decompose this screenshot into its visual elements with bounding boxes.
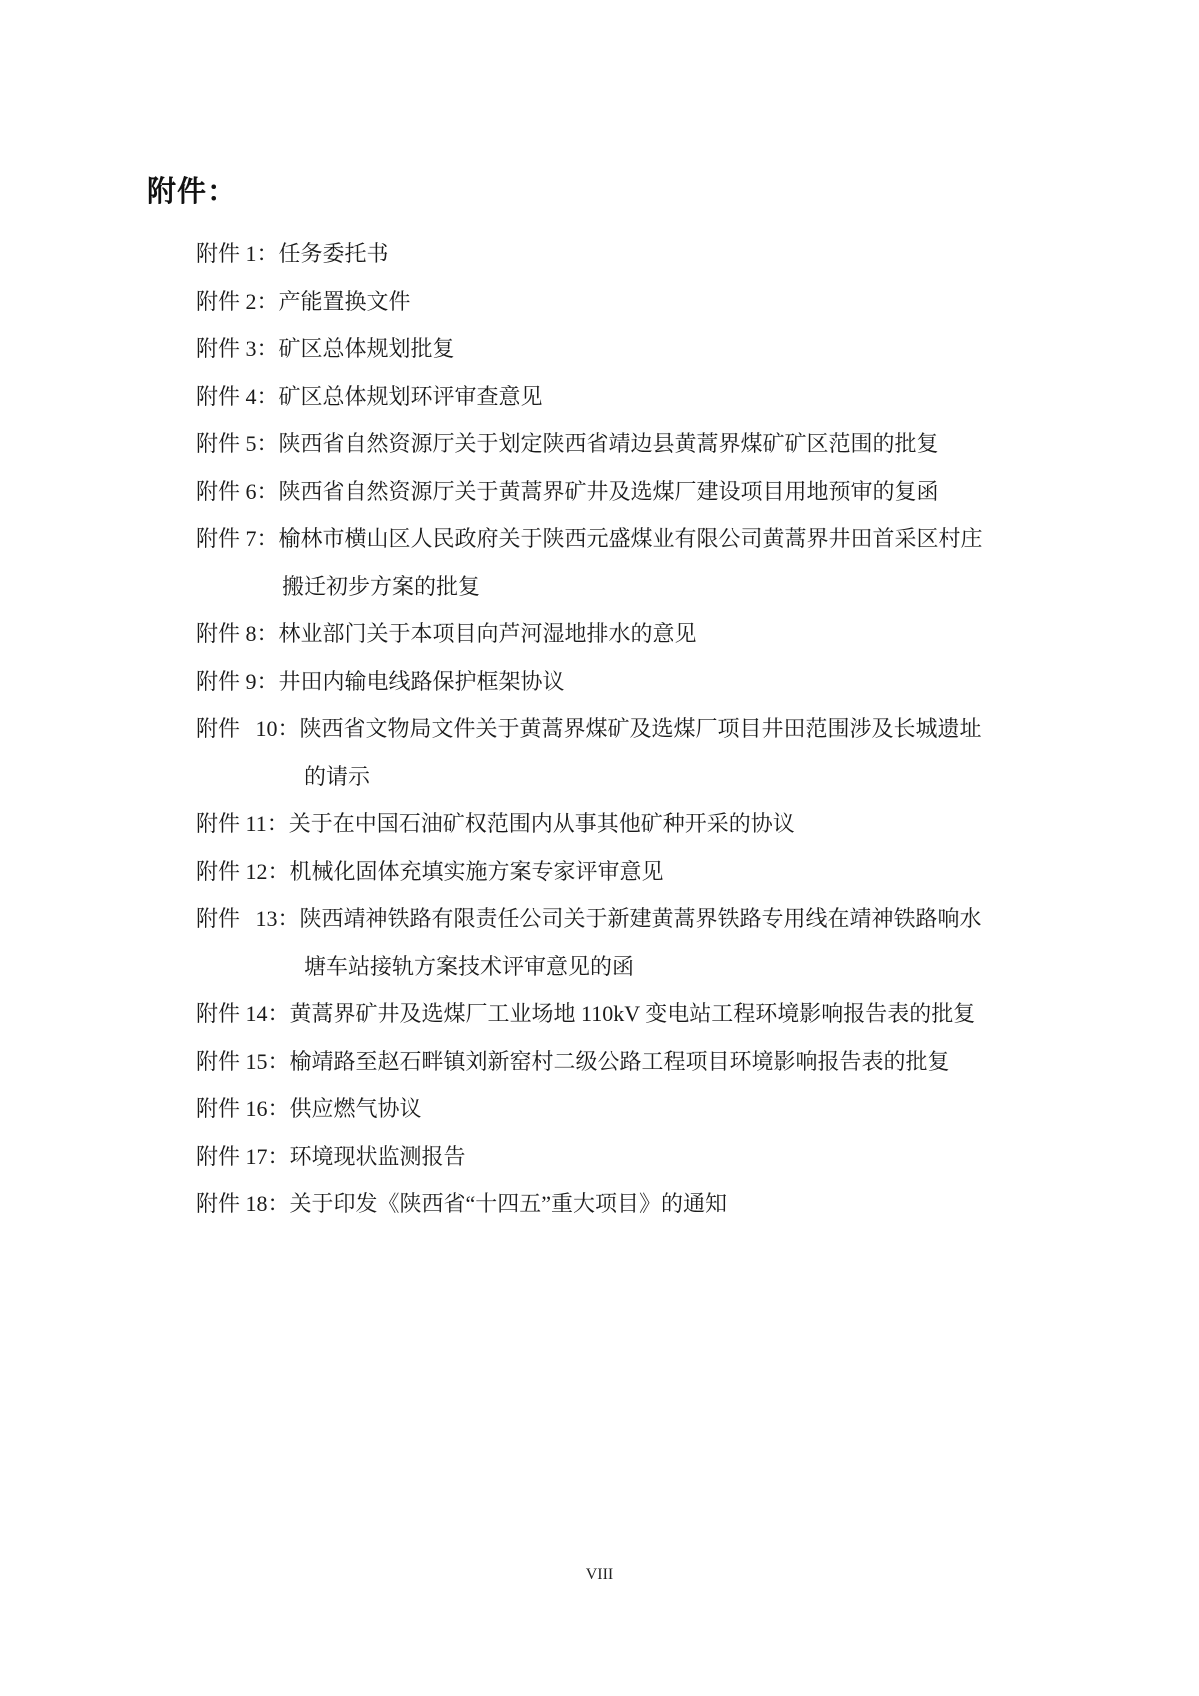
- item-colon: ：: [268, 1096, 290, 1121]
- attachment-item-6: 附件 6：陕西省自然资源厅关于黄蒿界矿井及选煤厂建设项目用地预审的复函: [196, 468, 1066, 516]
- attachments-heading: 附件：: [147, 174, 237, 208]
- item-number: 6: [246, 479, 257, 504]
- attachment-item-18: 附件 18：关于印发《陕西省“十四五”重大项目》的通知: [196, 1180, 1066, 1228]
- item-colon: ：: [257, 241, 279, 266]
- item-text-continuation: 搬迁初步方案的批复: [196, 563, 1066, 611]
- item-number: 7: [246, 526, 257, 551]
- item-text: 环境现状监测报告: [290, 1144, 466, 1169]
- item-label: 附件: [196, 431, 240, 456]
- item-colon: ：: [278, 906, 300, 931]
- item-label: 附件: [196, 384, 240, 409]
- item-text: 井田内输电线路保护框架协议: [279, 669, 565, 694]
- item-colon: ：: [268, 1144, 290, 1169]
- attachment-item-11: 附件 11：关于在中国石油矿权范围内从事其他矿种开采的协议: [196, 800, 1066, 848]
- attachment-item-15: 附件 15：榆靖路至赵石畔镇刘新窑村二级公路工程项目环境影响报告表的批复: [196, 1038, 1066, 1086]
- item-number: 17: [246, 1144, 268, 1169]
- item-number: 1: [246, 241, 257, 266]
- attachment-item-2: 附件 2：产能置换文件: [196, 278, 1066, 326]
- item-text: 矿区总体规划批复: [279, 336, 455, 361]
- item-text: 黄蒿界矿井及选煤厂工业场地 110kV 变电站工程环境影响报告表的批复: [290, 1001, 976, 1026]
- attachment-item-3: 附件 3：矿区总体规划批复: [196, 325, 1066, 373]
- item-number: 16: [246, 1096, 268, 1121]
- item-label: 附件: [196, 1049, 240, 1074]
- attachment-item-1: 附件 1：任务委托书: [196, 230, 1066, 278]
- item-label: 附件: [196, 289, 240, 314]
- item-text: 关于在中国石油矿权范围内从事其他矿种开采的协议: [289, 811, 795, 836]
- item-label: 附件: [196, 241, 240, 266]
- item-label: 附件: [196, 621, 240, 646]
- item-text-continuation: 塘车站接轨方案技术评审意见的函: [196, 943, 1066, 991]
- attachment-list: 附件 1：任务委托书 附件 2：产能置换文件 附件 3：矿区总体规划批复 附件 …: [196, 230, 1066, 1228]
- item-label: 附件: [196, 336, 240, 361]
- attachment-item-13: 附件 13：陕西靖神铁路有限责任公司关于新建黄蒿界铁路专用线在靖神铁路响水塘车站…: [196, 895, 1066, 990]
- attachment-item-17: 附件 17：环境现状监测报告: [196, 1133, 1066, 1181]
- item-colon: ：: [278, 716, 300, 741]
- item-colon: ：: [257, 336, 279, 361]
- item-number: 8: [246, 621, 257, 646]
- item-number: 15: [246, 1049, 268, 1074]
- item-text: 机械化固体充填实施方案专家评审意见: [290, 859, 664, 884]
- attachment-item-14: 附件 14：黄蒿界矿井及选煤厂工业场地 110kV 变电站工程环境影响报告表的批…: [196, 990, 1066, 1038]
- item-text-continuation: 的请示: [196, 753, 1066, 801]
- item-colon: ：: [257, 289, 279, 314]
- attachment-item-7: 附件 7：榆林市横山区人民政府关于陕西元盛煤业有限公司黄蒿界井田首采区村庄搬迁初…: [196, 515, 1066, 610]
- item-text: 供应燃气协议: [290, 1096, 422, 1121]
- item-number: 5: [246, 431, 257, 456]
- item-number: 2: [246, 289, 257, 314]
- item-number: 13: [246, 906, 278, 931]
- item-text: 任务委托书: [279, 241, 389, 266]
- item-text: 林业部门关于本项目向芦河湿地排水的意见: [279, 621, 697, 646]
- item-label: 附件: [196, 1191, 240, 1216]
- item-number: 4: [246, 384, 257, 409]
- item-text: 陕西省文物局文件关于黄蒿界煤矿及选煤厂项目井田范围涉及长城遗址: [300, 716, 982, 741]
- item-colon: ：: [257, 384, 279, 409]
- item-number: 10: [246, 716, 278, 741]
- item-number: 18: [246, 1191, 268, 1216]
- attachment-item-16: 附件 16：供应燃气协议: [196, 1085, 1066, 1133]
- attachment-item-9: 附件 9：井田内输电线路保护框架协议: [196, 658, 1066, 706]
- item-colon: ：: [268, 1049, 290, 1074]
- item-label: 附件: [196, 1096, 240, 1121]
- item-colon: ：: [268, 1191, 290, 1216]
- item-label: 附件: [196, 669, 240, 694]
- item-colon: ：: [268, 1001, 290, 1026]
- item-number: 12: [246, 859, 268, 884]
- item-label: 附件: [196, 811, 240, 836]
- item-label: 附件: [196, 859, 240, 884]
- item-text: 榆靖路至赵石畔镇刘新窑村二级公路工程项目环境影响报告表的批复: [290, 1049, 950, 1074]
- document-page: 附件： 附件 1：任务委托书 附件 2：产能置换文件 附件 3：矿区总体规划批复…: [0, 0, 1199, 1696]
- item-text: 榆林市横山区人民政府关于陕西元盛煤业有限公司黄蒿界井田首采区村庄: [279, 526, 983, 551]
- item-text: 陕西省自然资源厅关于黄蒿界矿井及选煤厂建设项目用地预审的复函: [279, 479, 939, 504]
- item-number: 3: [246, 336, 257, 361]
- item-text: 陕西省自然资源厅关于划定陕西省靖边县黄蒿界煤矿矿区范围的批复: [279, 431, 939, 456]
- item-colon: ：: [268, 859, 290, 884]
- item-label: 附件: [196, 479, 240, 504]
- item-label: 附件: [196, 906, 240, 931]
- item-colon: ：: [257, 479, 279, 504]
- item-text: 矿区总体规划环评审查意见: [279, 384, 543, 409]
- item-label: 附件: [196, 1144, 240, 1169]
- attachment-item-8: 附件 8：林业部门关于本项目向芦河湿地排水的意见: [196, 610, 1066, 658]
- item-number: 9: [246, 669, 257, 694]
- page-number: VIII: [0, 1566, 1199, 1584]
- item-label: 附件: [196, 716, 240, 741]
- item-label: 附件: [196, 1001, 240, 1026]
- attachment-item-12: 附件 12：机械化固体充填实施方案专家评审意见: [196, 848, 1066, 896]
- attachment-item-5: 附件 5：陕西省自然资源厅关于划定陕西省靖边县黄蒿界煤矿矿区范围的批复: [196, 420, 1066, 468]
- item-text: 陕西靖神铁路有限责任公司关于新建黄蒿界铁路专用线在靖神铁路响水: [300, 906, 982, 931]
- item-number: 11: [246, 811, 267, 836]
- item-colon: ：: [267, 811, 289, 836]
- item-label: 附件: [196, 526, 240, 551]
- item-colon: ：: [257, 621, 279, 646]
- item-text: 产能置换文件: [279, 289, 411, 314]
- attachment-item-4: 附件 4：矿区总体规划环评审查意见: [196, 373, 1066, 421]
- attachment-item-10: 附件 10：陕西省文物局文件关于黄蒿界煤矿及选煤厂项目井田范围涉及长城遗址的请示: [196, 705, 1066, 800]
- item-text: 关于印发《陕西省“十四五”重大项目》的通知: [290, 1191, 728, 1216]
- item-colon: ：: [257, 431, 279, 456]
- item-number: 14: [246, 1001, 268, 1026]
- item-colon: ：: [257, 669, 279, 694]
- item-colon: ：: [257, 526, 279, 551]
